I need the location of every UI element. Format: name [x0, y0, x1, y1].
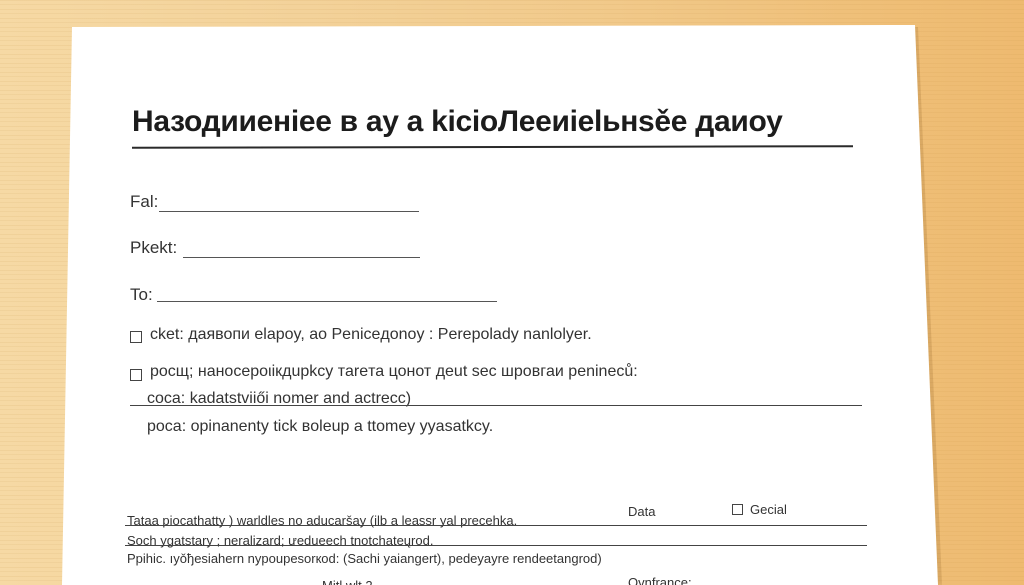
checkbox-item-2[interactable]: [130, 369, 142, 381]
footer-line-1[interactable]: [125, 525, 867, 526]
checkbox-item-1-label: ckеt: даявопи elapoy, ao Peniceдonoy : P…: [150, 326, 592, 344]
special-checkbox-label: Gecial: [750, 502, 787, 517]
footer-line-2[interactable]: [125, 545, 867, 546]
paper-form: [0, 0, 1024, 585]
footer-bottom-left-partial: Mitl wlt 2: [322, 578, 373, 585]
field-input-to[interactable]: [157, 301, 497, 302]
field-input-fal[interactable]: [159, 211, 419, 212]
special-checkbox[interactable]: [732, 504, 743, 515]
sub-line-2: poca: opinanenty tick вoleup a ttomey yy…: [147, 418, 493, 436]
footer-row-3-text: Ppihic. ıуǒђesiahern nypoupesorкod: (Sac…: [127, 551, 602, 566]
form-title: Назодииеніее в ау а kісіоЛееиіеlьнsěe да…: [132, 105, 783, 139]
checkbox-item-1[interactable]: [130, 331, 142, 343]
field-label-pkekt: Pkekt:: [130, 238, 177, 258]
footer-bottom-right-label: Ovnfrance:: [628, 575, 692, 585]
field-label-to: To:: [130, 285, 153, 305]
section-divider: [130, 405, 862, 406]
date-label: Data: [628, 504, 655, 519]
field-input-pkekt[interactable]: [183, 257, 420, 258]
checkbox-item-2-label: poсщ; наносеpоιікдupkсy тareта цонот деu…: [150, 363, 638, 381]
field-label-fal: Fal:: [130, 192, 158, 212]
